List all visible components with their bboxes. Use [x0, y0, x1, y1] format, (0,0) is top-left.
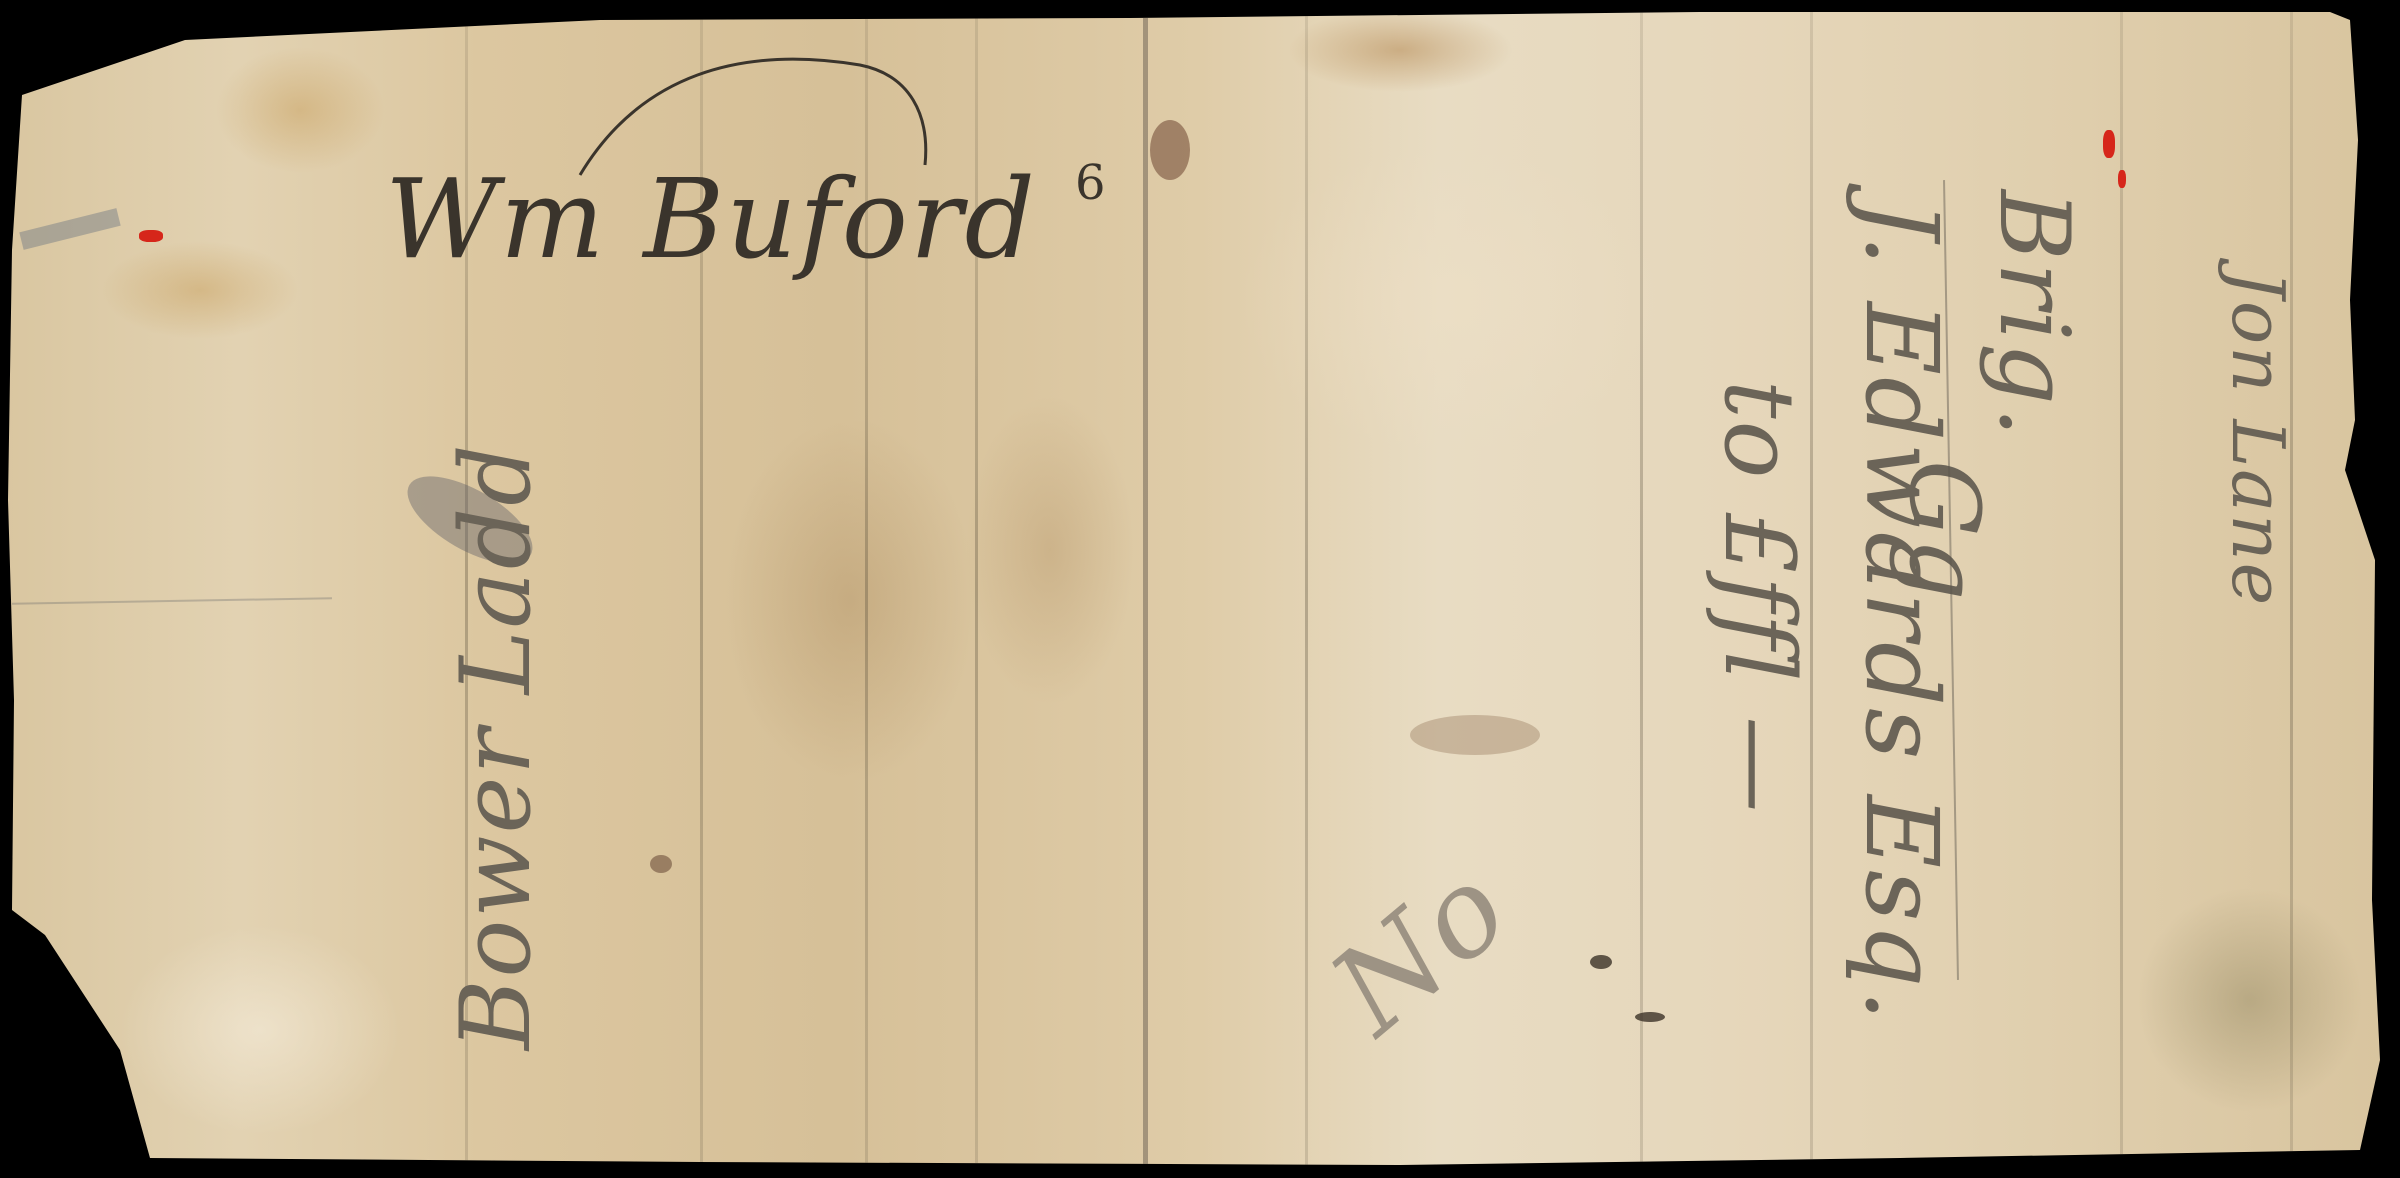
- spot: [1590, 955, 1612, 969]
- far-right-inscription: Jon Lane: [2216, 270, 2300, 607]
- red-wax-mark: [2118, 170, 2126, 188]
- faint-number-mark: No: [1307, 838, 1535, 1061]
- crease-line: [12, 597, 332, 605]
- tear-shadow: [19, 208, 120, 250]
- signature-wm-buford: Wm Buford: [385, 155, 1037, 283]
- fold-line: [1640, 0, 1643, 1178]
- signature-mark: 6: [1075, 155, 1108, 211]
- brig-inscription: Brig.: [1978, 190, 2090, 439]
- paper-document: Wm Buford 6 Bower Ladd Brig. Gg J. Edwar…: [0, 0, 2400, 1178]
- spot: [1635, 1012, 1665, 1022]
- stain: [1410, 715, 1540, 755]
- red-wax-mark: [139, 230, 163, 242]
- amount-inscription: to £ffl —: [1703, 380, 1815, 814]
- left-vertical-inscription: Bower Ladd: [440, 442, 552, 1050]
- red-wax-mark: [2103, 130, 2115, 158]
- spot: [650, 855, 672, 873]
- edwards-inscription: J. Edwards Esq.: [1843, 200, 1960, 1023]
- fold-line: [1143, 0, 1148, 1178]
- fold-line: [1305, 0, 1308, 1178]
- ink-stain: [1150, 120, 1190, 180]
